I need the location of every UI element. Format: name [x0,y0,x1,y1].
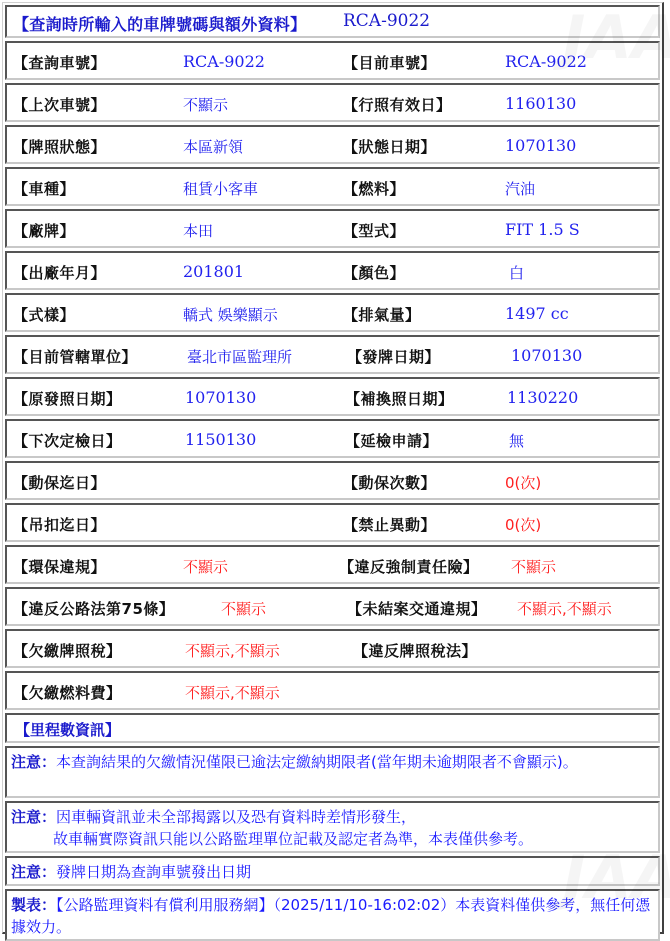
value-model: FIT 1.5 S [505,220,580,239]
row-next-inspection: 【下次定檢日】 1150130 【延檢申請】 無 [5,419,660,458]
label-manufacture-date: 【出廠年月】 [13,262,106,283]
label-highway-act-75: 【違反公路法第75條】 [13,598,174,619]
value-next-inspection: 1150130 [185,430,256,449]
note-row-disclaimer: 注意：因車輛資訊並未全部揭露以及恐有資料時差情形發生， 故車輛實際資訊只能以公路… [5,801,660,853]
value-query-plate: RCA-9022 [183,52,265,71]
note-head: 注意： [11,808,56,826]
row-plate-numbers: 【查詢車號】 RCA-9022 【目前車號】 RCA-9022 [5,41,660,80]
note-head: 注意： [11,753,56,771]
label-jurisdiction: 【目前管轄單位】 [13,346,137,367]
value-brand: 本田 [183,220,213,241]
row-chattel-mortgage: 【動保迄日】 【動保次數】 0(次) [5,461,660,500]
footer-row-source: 製表：【公路監理資料有償利用服務網】（2025/11/10-16:02:02）本… [5,889,660,940]
label-suspension-until: 【吊扣迄日】 [13,514,106,535]
label-plate-issue-date: 【發牌日期】 [347,346,440,367]
label-displacement: 【排氣量】 [343,304,421,325]
label-previous-plate: 【上次車號】 [13,94,106,115]
label-body-style: 【式樣】 [13,304,75,325]
label-status-date: 【狀態日期】 [343,136,436,157]
label-fuel: 【燃料】 [343,178,405,199]
note-head: 注意： [11,863,56,881]
value-fuel: 汽油 [505,178,535,199]
label-next-inspection: 【下次定檢日】 [13,430,122,451]
note-row-issue-date: 注意：發牌日期為查詢車號發出日期 [5,856,660,886]
row-jurisdiction: 【目前管轄單位】 臺北市區監理所 【發牌日期】 1070130 [5,335,660,374]
note-row-arrears: 注意：本查詢結果的欠繳情況僅限已逾法定繳納期限者(當年期未逾期限者不會顯示)。 [5,746,660,798]
value-body-style: 轎式 娛樂顯示 [183,304,278,325]
value-jurisdiction: 臺北市區監理所 [187,346,292,367]
label-vehicle-type: 【車種】 [13,178,75,199]
value-highway-act-75: 不顯示 [221,598,266,619]
label-replacement-license-date: 【補換照日期】 [345,388,454,409]
label-plate-status: 【牌照狀態】 [13,136,106,157]
value-original-license-date: 1070130 [185,388,256,407]
footer-text: 【公路監理資料有償利用服務網】（2025/11/10-16:02:02）本表資料… [11,896,650,936]
row-suspension: 【吊扣迄日】 【禁止異動】 0(次) [5,503,660,542]
value-transfer-prohibited: 0(次) [505,514,541,535]
value-plate-status: 本區新領 [183,136,243,157]
row-fuel-fee: 【欠繳燃料費】 不顯示,不顯示 [5,671,660,710]
row-previous-plate: 【上次車號】 不顯示 【行照有效日】 1160130 [5,83,660,122]
value-current-plate: RCA-9022 [505,52,587,71]
value-license-valid-date: 1160130 [505,94,576,113]
footer-head: 製表： [11,896,56,914]
title-plate-number: RCA-9022 [343,11,430,31]
row-highway-act-violation: 【違反公路法第75條】 不顯示 【未結案交通違規】 不顯示,不顯示 [5,587,660,626]
mileage-section-title: 【里程數資訊】 [15,719,120,740]
value-compulsory-insurance-violation: 不顯示 [511,556,556,577]
row-body-style: 【式樣】 轎式 娛樂顯示 【排氣量】 1497 cc [5,293,660,332]
label-license-tax-act-violation: 【違反牌照稅法】 [353,640,477,661]
value-open-traffic-violations: 不顯示,不顯示 [517,598,612,619]
note-text: 因車輛資訊並未全部揭露以及恐有資料時差情形發生， [56,808,416,826]
row-original-license-date: 【原發照日期】 1070130 【補換照日期】 1130220 [5,377,660,416]
value-replacement-license-date: 1130220 [507,388,578,407]
value-unpaid-license-tax: 不顯示,不顯示 [185,640,280,661]
value-vehicle-type: 租賃小客車 [183,178,258,199]
label-model: 【型式】 [343,220,405,241]
note-text: 本查詢結果的欠繳情況僅限已逾法定繳納期限者(當年期未逾期限者不會顯示)。 [56,753,578,771]
row-plate-status: 【牌照狀態】 本區新領 【狀態日期】 1070130 [5,125,660,164]
note-text-continued: 故車輛實際資訊只能以公路監理單位記載及認定者為準，本表僅供參考。 [11,828,655,850]
row-environmental-violation: 【環保違規】 不顯示 【違反強制責任險】 不顯示 [5,545,660,584]
value-unpaid-fuel-fee: 不顯示,不顯示 [185,682,280,703]
label-unpaid-fuel-fee: 【欠繳燃料費】 [13,682,122,703]
label-current-plate: 【目前車號】 [343,52,436,73]
label-compulsory-insurance-violation: 【違反強制責任險】 [339,556,479,577]
label-open-traffic-violations: 【未結案交通違規】 [347,598,487,619]
label-chattel-mortgage-count: 【動保次數】 [343,472,436,493]
vehicle-info-table: 【查詢時所輸入的車牌號碼與額外資料】 RCA-9022 【查詢車號】 RCA-9… [2,2,664,934]
label-license-valid-date: 【行照有效日】 [343,94,452,115]
label-environmental-violation: 【環保違規】 [13,556,106,577]
page-title: 【查詢時所輸入的車牌號碼與額外資料】 [13,12,306,35]
note-text: 發牌日期為查詢車號發出日期 [56,863,251,881]
value-manufacture-date: 201801 [183,262,244,281]
value-color: 白 [509,262,524,283]
value-status-date: 1070130 [505,136,576,155]
value-inspection-extension: 無 [509,430,524,451]
row-brand: 【廠牌】 本田 【型式】 FIT 1.5 S [5,209,660,248]
row-license-tax: 【欠繳牌照稅】 不顯示,不顯示 【違反牌照稅法】 [5,629,660,668]
label-inspection-extension: 【延檢申請】 [345,430,438,451]
value-previous-plate: 不顯示 [183,94,228,115]
label-query-plate: 【查詢車號】 [13,52,106,73]
label-unpaid-license-tax: 【欠繳牌照稅】 [13,640,122,661]
value-chattel-mortgage-count: 0(次) [505,472,541,493]
label-brand: 【廠牌】 [13,220,75,241]
row-vehicle-type: 【車種】 租賃小客車 【燃料】 汽油 [5,167,660,206]
label-color: 【顏色】 [343,262,405,283]
value-environmental-violation: 不顯示 [183,556,228,577]
label-chattel-mortgage-until: 【動保迄日】 [13,472,106,493]
mileage-section-row: 【里程數資訊】 [5,713,660,743]
row-manufacture-date: 【出廠年月】 201801 【顏色】 白 [5,251,660,290]
label-original-license-date: 【原發照日期】 [13,388,122,409]
value-displacement: 1497 cc [505,304,569,323]
title-row: 【查詢時所輸入的車牌號碼與額外資料】 RCA-9022 [5,5,660,38]
value-plate-issue-date: 1070130 [511,346,582,365]
label-transfer-prohibited: 【禁止異動】 [343,514,436,535]
